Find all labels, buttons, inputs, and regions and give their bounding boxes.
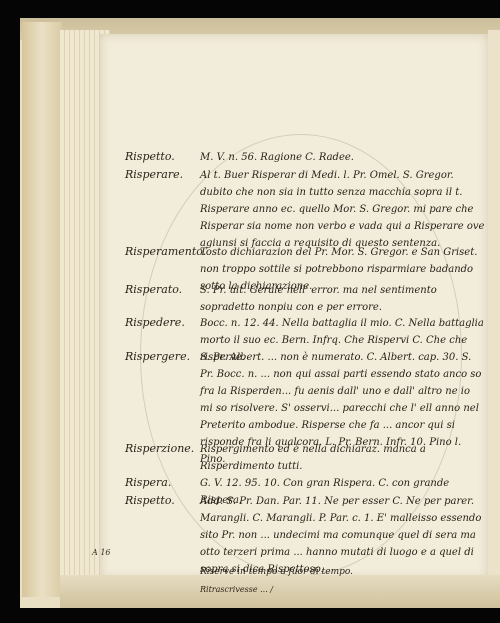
entry-term: Rispedere. xyxy=(125,316,185,329)
bottom-edge xyxy=(60,575,500,608)
entry-text: Add. S. Pr. Dan. Par. 11. Ne per esser C… xyxy=(200,493,485,578)
entry-term: Risperato. xyxy=(125,283,182,296)
entry-term: Risperzione. xyxy=(125,442,194,455)
entry-text: Al t. Buer Risperar di Medi. l. Pr. Omel… xyxy=(200,167,485,252)
right-page-edge xyxy=(488,30,500,590)
folio-mark: A 16 xyxy=(92,548,111,557)
entry-text: S. Pr. ult. Gerale nell' error. ma nel s… xyxy=(200,282,485,316)
entry-text: M. V. n. 56. Ragione C. Radee. xyxy=(200,149,485,166)
entry-text: Rispergimento ed è nella dichiaraz. manc… xyxy=(200,441,485,475)
entry-term: Rispera. xyxy=(125,476,171,489)
footer-line: Ritrascrivesse ... / xyxy=(200,585,273,594)
entry-term: Risperamento. xyxy=(125,245,206,258)
binding-spine xyxy=(22,22,62,597)
footer-line: Riserve in tempo e fuor di tempo. xyxy=(200,567,353,577)
entry-term: Rispetto. xyxy=(125,494,175,507)
entry-term: Risperare. xyxy=(125,168,183,181)
entry-term: Rispetto. xyxy=(125,150,175,163)
entry-term: Rispergere. xyxy=(125,350,190,363)
